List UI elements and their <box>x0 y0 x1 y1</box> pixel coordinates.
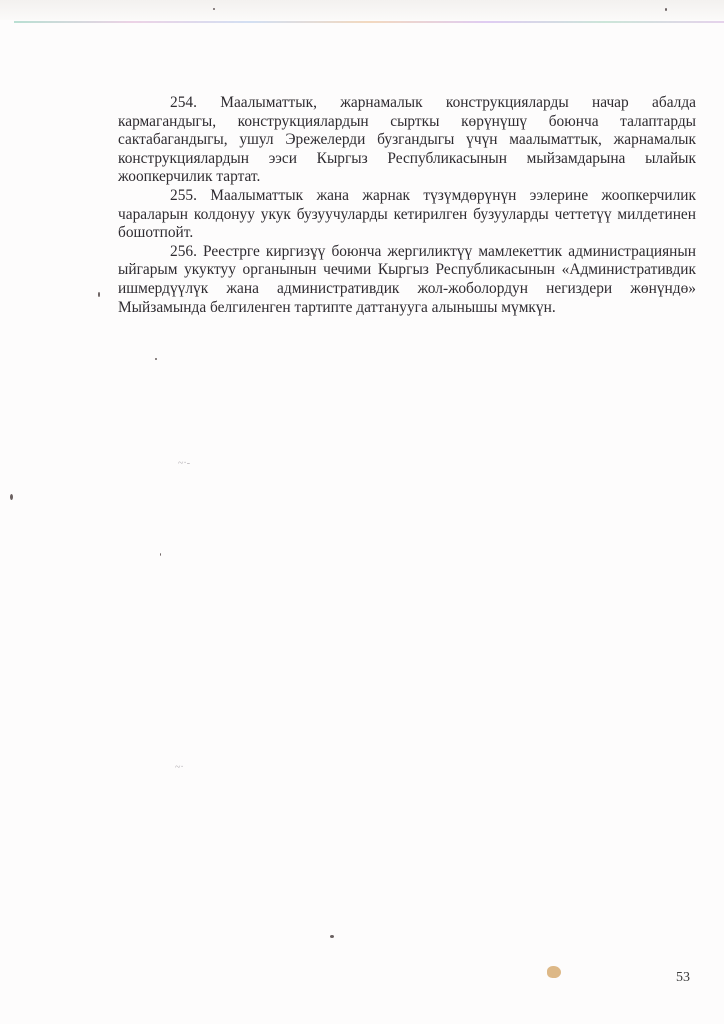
paragraph-255: 255. Маалыматтык жана жарнак түзүмдөрүнү… <box>118 187 696 243</box>
scan-speck <box>160 553 161 556</box>
scan-speck <box>98 292 100 297</box>
scan-speck <box>213 8 215 10</box>
paper-stain <box>547 966 561 978</box>
paragraph-254: 254. Маалыматтык, жарнамалык конструкция… <box>118 94 696 187</box>
scan-speck <box>155 358 157 360</box>
scan-speck <box>665 8 667 11</box>
scan-smudge: ~· <box>175 762 184 773</box>
scan-speck <box>330 935 334 938</box>
paragraph-256: 256. Реестрге киргизүү боюнча жергиликтү… <box>118 243 696 317</box>
scan-artifact-line <box>14 21 724 23</box>
scan-speck <box>10 494 13 500</box>
scan-speck <box>313 254 316 257</box>
scan-top-edge <box>0 0 724 20</box>
page-number: 53 <box>676 970 690 986</box>
scan-smudge: ~·- <box>178 458 190 469</box>
document-body: 254. Маалыматтык, жарнамалык конструкция… <box>118 94 696 317</box>
